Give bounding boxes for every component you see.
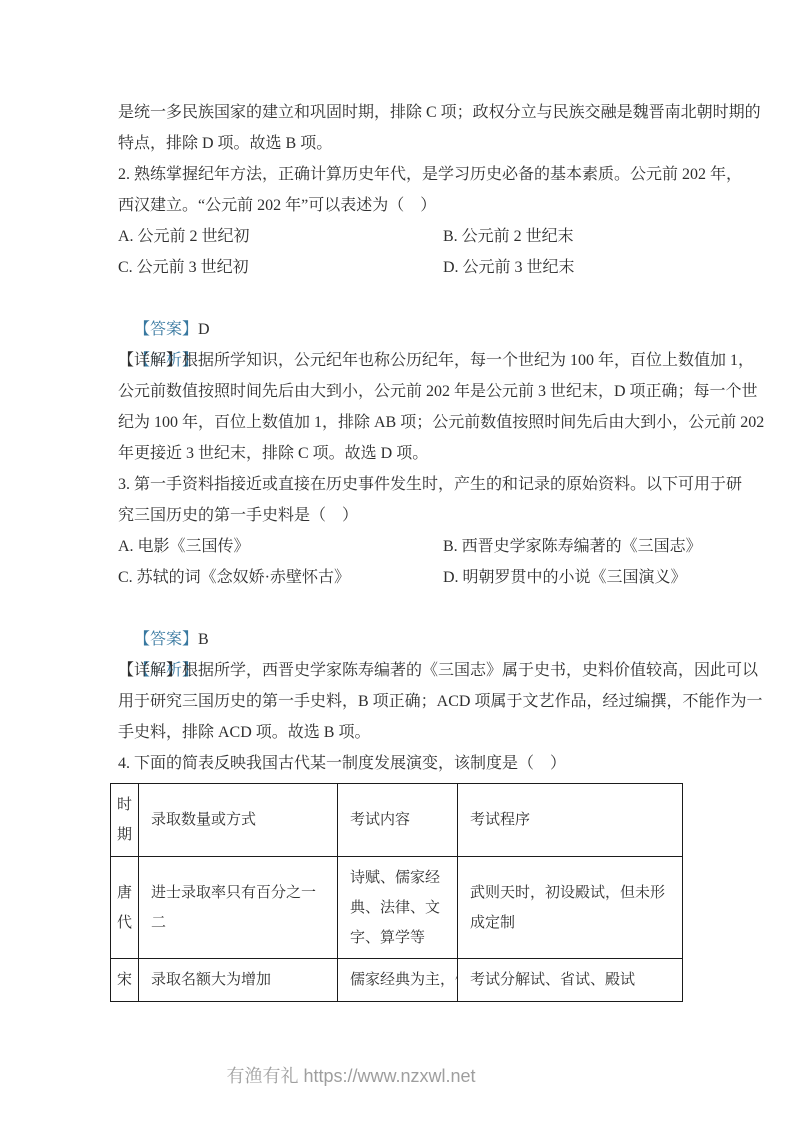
q2-detail-line: 公元前数值按照时间先后由大到小，公元前 202 年是公元前 3 世纪末，D 项正… (118, 376, 680, 407)
table-header-admission: 录取数量或方式 (139, 784, 338, 857)
q2-answer-value: D (198, 321, 210, 338)
q2-answer-line: 【答案】D (118, 283, 680, 314)
q3-option-b: B. 西晋史学家陈寿编著的《三国志》 (443, 531, 702, 562)
table-row-tang: 唐代 进士录取率只有百分之一二 诗赋、儒家经典、法律、文字、算学等 武则天时，初… (111, 857, 683, 959)
q4-stem-line: 4. 下面的简表反映我国古代某一制度发展演变，该制度是（ ） (118, 748, 680, 779)
q2-options-row: C. 公元前 3 世纪初 D. 公元前 3 世纪末 (118, 252, 680, 283)
q3-answer-line: 【答案】B (118, 593, 680, 624)
q2-detail-line: 年更接近 3 世纪末，排除 C 项。故选 D 项。 (118, 438, 680, 469)
q2-detail-line: 纪为 100 年，百位上数值加 1，排除 AB 项；公元前数值按照时间先后由大到… (118, 407, 680, 438)
q3-options-row: A. 电影《三国传》 B. 西晋史学家陈寿编著的《三国志》 (118, 531, 680, 562)
table-cell-admission: 进士录取率只有百分之一二 (139, 857, 338, 959)
table-cell-procedure: 武则天时，初设殿试，但未形成定制 (458, 857, 683, 959)
q2-option-a: A. 公元前 2 世纪初 (118, 221, 443, 252)
table-cell-period: 宋 (111, 959, 139, 1002)
page-footer: 有渔有礼 https://www.nzxwl.net (0, 1062, 702, 1088)
q3-detail-line: 【详解】根据所学，西晋史学家陈寿编著的《三国志》属于史书，史料价值较高，因此可以 (118, 655, 680, 686)
q3-detail-line: 用于研究三国历史的第一手史料，B 项正确；ACD 项属于文艺作品，经过编撰，不能… (118, 686, 680, 717)
q2-option-d: D. 公元前 3 世纪末 (443, 252, 575, 283)
table-cell-content: 儒家经典为主，儒 (338, 959, 458, 1002)
prev-solution-line: 是统一多民族国家的建立和巩固时期，排除 C 项；政权分立与民族交融是魏晋南北朝时… (118, 97, 680, 128)
q3-stem-line: 究三国历史的第一手史料是（ ） (118, 500, 680, 531)
table-header-period: 时期 (111, 784, 139, 857)
table-row-song: 宋 录取名额大为增加 儒家经典为主，儒 考试分解试、省试、殿试 (111, 959, 683, 1002)
q2-options-row: A. 公元前 2 世纪初 B. 公元前 2 世纪末 (118, 221, 680, 252)
table-header-content: 考试内容 (338, 784, 458, 857)
q3-options-row: C. 苏轼的词《念奴娇·赤壁怀古》 D. 明朝罗贯中的小说《三国演义》 (118, 562, 680, 593)
table-cell-procedure: 考试分解试、省试、殿试 (458, 959, 683, 1002)
q4-exam-system-table: 时期 录取数量或方式 考试内容 考试程序 唐代 进士录取率只有百分之一二 诗赋、… (110, 783, 683, 1002)
table-header-row: 时期 录取数量或方式 考试内容 考试程序 (111, 784, 683, 857)
q3-detail-line: 手史料，排除 ACD 项。故选 B 项。 (118, 717, 680, 748)
answer-label: 【答案】 (134, 321, 198, 338)
answer-label: 【答案】 (134, 631, 198, 648)
table-cell-admission: 录取名额大为增加 (139, 959, 338, 1002)
watermark-link[interactable]: 有渔有礼 https://www.nzxwl.net (226, 1066, 475, 1086)
table-cell-content: 诗赋、儒家经典、法律、文字、算学等 (338, 857, 458, 959)
prev-solution-line: 特点，排除 D 项。故选 B 项。 (118, 128, 680, 159)
q3-stem-line: 3. 第一手资料指接近或直接在历史事件发生时，产生的和记录的原始资料。以下可用于… (118, 469, 680, 500)
exam-page-content: 是统一多民族国家的建立和巩固时期，排除 C 项；政权分立与民族交融是魏晋南北朝时… (118, 97, 680, 1002)
q3-answer-value: B (198, 631, 209, 648)
table-header-procedure: 考试程序 (458, 784, 683, 857)
q2-stem-line: 2. 熟练掌握纪年方法，正确计算历史年代，是学习历史必备的基本素质。公元前 20… (118, 159, 680, 190)
q3-option-c: C. 苏轼的词《念奴娇·赤壁怀古》 (118, 562, 443, 593)
table-cell-period: 唐代 (111, 857, 139, 959)
q2-option-c: C. 公元前 3 世纪初 (118, 252, 443, 283)
q2-option-b: B. 公元前 2 世纪末 (443, 221, 574, 252)
q2-stem-line: 西汉建立。“公元前 202 年”可以表述为（ ） (118, 190, 680, 221)
q2-detail-line: 【详解】根据所学知识，公元纪年也称公历纪年，每一个世纪为 100 年，百位上数值… (118, 345, 680, 376)
q3-option-d: D. 明朝罗贯中的小说《三国演义》 (443, 562, 687, 593)
q3-option-a: A. 电影《三国传》 (118, 531, 443, 562)
